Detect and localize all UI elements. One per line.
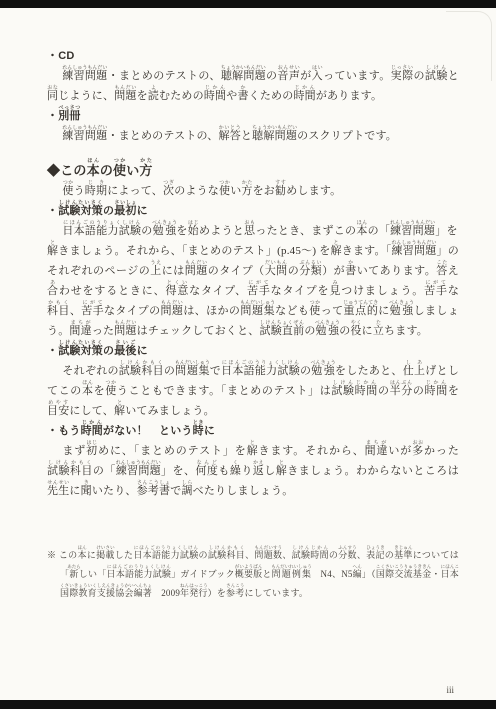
ruby-annotated-text: 国際交流基金こくさいこうりゅうききん	[376, 569, 431, 579]
ruby-annotated-text: 日本語能力試験にほんごのうりょくしけん	[221, 365, 300, 377]
ruby-annotated-text: 解と	[276, 465, 287, 477]
ruby-annotated-text: 聞き	[81, 485, 92, 497]
ruby-annotated-text: 試験対策しけんたいさく	[58, 345, 103, 357]
ruby-annotated-text: 問題数もんだいすう	[254, 550, 282, 560]
ruby-annotated-text: 問題例集もんだいれいしゅう	[272, 569, 312, 579]
ruby-annotated-text: 方かた	[241, 185, 252, 197]
ruby-annotated-text: 苦手にがて	[424, 285, 448, 297]
ruby-annotated-text: 時間じかん	[204, 90, 226, 102]
scanned-document-page: ・CD練習問題れんしゅうもんだい・まとめのテストの、聴解問題ちょうかいもんだいの…	[0, 0, 496, 709]
ruby-annotated-text: 解と	[330, 245, 341, 257]
ruby-annotated-text: 年発行ねんはっこう	[180, 588, 208, 598]
ruby-annotated-text: 試験直前しけんちょくぜん	[260, 325, 305, 337]
ruby-annotated-text: 仕上しあ	[403, 365, 426, 377]
ruby-annotated-text: 見み	[329, 285, 341, 297]
ruby-annotated-text: 本ほん	[87, 163, 100, 178]
ruby-annotated-text: 入はい	[312, 70, 323, 82]
heading-how-to-use: ◆この本ほんの使つかい方かた	[47, 159, 459, 181]
ruby-annotated-text: 本ほん	[78, 550, 87, 560]
ruby-annotated-text: 問題もんだい	[114, 325, 136, 337]
ruby-annotated-text: 最後さいご	[114, 345, 136, 357]
ruby-annotated-text: 解答かいとう	[219, 130, 241, 142]
ruby-annotated-text: 重点的じゅうてんてき	[344, 305, 379, 317]
ruby-annotated-text: 問題もんだい	[114, 90, 136, 102]
paragraph-before-study: 日本語能力試験にほんごのうりょくしけんの勉強べんきょうを始はじめようと思おもった…	[47, 221, 459, 341]
ruby-annotated-text: 時期じき	[85, 185, 107, 197]
ruby-annotated-text: 練習問題れんしゅうもんだい	[62, 130, 107, 142]
heading-after-study: ・試験対策しけんたいさくの最後さいごに	[47, 341, 459, 361]
ruby-annotated-text: 試験科目しけんかもく	[47, 465, 93, 477]
ruby-annotated-text: 次つぎ	[163, 185, 174, 197]
ruby-annotated-text: 大問だいもん	[265, 265, 288, 277]
ruby-annotated-text: 勧すす	[275, 185, 286, 197]
ruby-annotated-text: 試験科目しけんかもく	[208, 550, 245, 560]
ruby-annotated-text: 新あたら	[69, 569, 78, 579]
ruby-annotated-text: 使つか	[62, 185, 73, 197]
ruby-annotated-text: 先生せんせい	[47, 485, 69, 497]
page-number: iii	[446, 685, 454, 695]
ruby-annotated-text: 目安めやす	[47, 405, 69, 417]
ruby-annotated-text: 立た	[373, 325, 384, 337]
ruby-annotated-text: 答こた	[436, 265, 448, 277]
ruby-annotated-text: 時間じかん	[425, 385, 448, 397]
ruby-annotated-text: 調しら	[181, 485, 192, 497]
ruby-annotated-text: 何度なんど	[195, 465, 218, 477]
ruby-annotated-text: 勉強べんきょう	[153, 225, 177, 237]
ruby-annotated-text: 合あ	[47, 285, 59, 297]
document-body: ・CD練習問題れんしゅうもんだい・まとめのテストの、聴解問題ちょうかいもんだいの…	[47, 46, 459, 603]
ruby-annotated-text: 勉強べんきょう	[311, 365, 335, 377]
scan-bottom-border	[0, 700, 496, 709]
ruby-annotated-text: 苦手にがて	[81, 305, 104, 317]
ruby-annotated-text: 試験しけん	[425, 70, 448, 82]
ruby-annotated-text: 読よ	[148, 90, 159, 102]
ruby-annotated-text: 苦手にがて	[247, 285, 271, 297]
ruby-annotated-text: 使つか	[113, 163, 126, 178]
ruby-annotated-text: 半分はんぶん	[390, 385, 413, 397]
ruby-annotated-text: 役やく	[350, 325, 361, 337]
ruby-annotated-text: 問題集もんだいしゅう	[175, 365, 210, 377]
ruby-annotated-text: 練習問題れんしゅうもんだい	[116, 465, 161, 477]
ruby-annotated-text: 使つか	[219, 185, 230, 197]
ruby-annotated-text: 分数ふんすう	[338, 550, 357, 560]
ruby-annotated-text: 問題もんだい	[161, 305, 184, 317]
ruby-annotated-text: 問題集もんだいしゅう	[240, 305, 275, 317]
ruby-annotated-text: 時とき	[193, 425, 204, 437]
ruby-annotated-text: 初はじ	[86, 445, 98, 457]
paragraph-after-study: それぞれの試験科目しけんかもくの問題集もんだいしゅうで日本語能力試験にほんごのう…	[47, 361, 459, 421]
paragraph-bessatsu: 練習問題れんしゅうもんだい・まとめのテストの、解答かいとうと聴解問題ちょうかいも…	[47, 126, 459, 146]
ruby-annotated-text: 間違まちが	[69, 325, 91, 337]
ruby-annotated-text: 聴解問題ちょうかいもんだい	[252, 130, 297, 142]
ruby-annotated-text: 聴解問題ちょうかいもんだい	[221, 70, 266, 82]
ruby-annotated-text: 編へん	[353, 569, 362, 579]
ruby-annotated-text: 解と	[247, 445, 259, 457]
heading-cd: ・CD	[47, 46, 459, 66]
ruby-annotated-text: 使つか	[105, 385, 117, 397]
ruby-annotated-text: 日本語能力試験にほんごのうりょくしけん	[133, 550, 198, 560]
ruby-annotated-text: 間違まちが	[365, 445, 389, 457]
heading-before-study: ・試験対策しけんたいさくの最初さいしょに	[47, 201, 459, 221]
ruby-annotated-text: 別冊べっさつ	[58, 110, 80, 122]
ruby-annotated-text: 多おお	[412, 445, 424, 457]
ruby-annotated-text: 書か	[237, 90, 248, 102]
ruby-annotated-text: 繰く	[230, 465, 241, 477]
ruby-annotated-text: 分類ぶんるい	[299, 265, 322, 277]
ruby-annotated-text: 練習問題れんしゅうもんだい	[62, 70, 107, 82]
ruby-annotated-text: 問題もんだい	[185, 265, 208, 277]
ruby-annotated-text: 始はじ	[188, 225, 199, 237]
ruby-annotated-text: 練習問題れんしゅうもんだい	[392, 245, 437, 257]
ruby-annotated-text: 勉強べんきょう	[390, 305, 414, 317]
heading-bessatsu: ・別冊べっさつ	[47, 106, 459, 126]
ruby-annotated-text: 概要版がいようばん	[235, 569, 263, 579]
ruby-annotated-text: 試験科目しけんかもく	[119, 365, 164, 377]
scan-top-border	[0, 0, 496, 8]
ruby-annotated-text: 日本語能力試験にほんごのうりょくしけん	[107, 569, 172, 579]
ruby-annotated-text: 実際じっさい	[391, 70, 414, 82]
ruby-annotated-text: 同おな	[47, 90, 58, 102]
ruby-annotated-text: 書か	[345, 265, 357, 277]
ruby-annotated-text: 解と	[47, 245, 58, 257]
ruby-annotated-text: 時間じかん	[81, 425, 103, 437]
ruby-annotated-text: 本ほん	[82, 385, 94, 397]
ruby-annotated-text: 試験時間しけんじかん	[292, 550, 329, 560]
ruby-annotated-text: 時間じかん	[293, 90, 315, 102]
ruby-annotated-text: 参考さんこう	[226, 588, 244, 598]
footnote-reference: ※ この本ほんに掲載けいさいした日本語能力試験にほんごのうりょくしけんの試験科目…	[47, 545, 459, 603]
ruby-annotated-text: 日本語能力試験にほんごのうりょくしけん	[62, 225, 141, 237]
ruby-annotated-text: 試験時間しけんじかん	[331, 385, 378, 397]
heading-no-time: ・もう時間じかんがない！ という時ときに	[47, 421, 459, 441]
ruby-annotated-text: 表記ひょうき	[366, 550, 385, 560]
ruby-annotated-text: 試験対策しけんたいさく	[58, 205, 103, 217]
ruby-annotated-text: 解と	[114, 405, 125, 417]
ruby-annotated-text: 練習問題れんしゅうもんだい	[390, 225, 435, 237]
paragraph-intro: 使つかう時期じきによって、次つぎのような使つかい方かたをお勧すすめします。	[47, 181, 459, 201]
ruby-annotated-text: 勉強べんきょう	[316, 325, 340, 337]
ruby-annotated-text: 思おも	[244, 225, 255, 237]
paragraph-cd: 練習問題れんしゅうもんだい・まとめのテストの、聴解問題ちょうかいもんだいの音声お…	[47, 66, 459, 106]
ruby-annotated-text: 得意とくい	[165, 285, 189, 297]
ruby-annotated-text: 参考書さんこうしょ	[137, 485, 171, 497]
ruby-annotated-text: 本ほん	[356, 225, 367, 237]
ruby-annotated-text: 基準きじゅん	[394, 550, 413, 560]
ruby-annotated-text: 科目かもく	[47, 305, 70, 317]
ruby-annotated-text: 返かえ	[253, 465, 264, 477]
ruby-annotated-text: 方かた	[139, 163, 152, 178]
paragraph-no-time: まず初はじめに、「まとめのテスト」を解ときます。それから、間違まちがいが多おおか…	[47, 441, 459, 501]
ruby-annotated-text: 最初さいしょ	[114, 205, 136, 217]
ruby-annotated-text: 掲載けいさい	[96, 550, 115, 560]
ruby-annotated-text: 音声おんせい	[277, 70, 300, 82]
ruby-annotated-text: 上うえ	[150, 265, 162, 277]
ruby-annotated-text: 使つか	[309, 305, 320, 317]
